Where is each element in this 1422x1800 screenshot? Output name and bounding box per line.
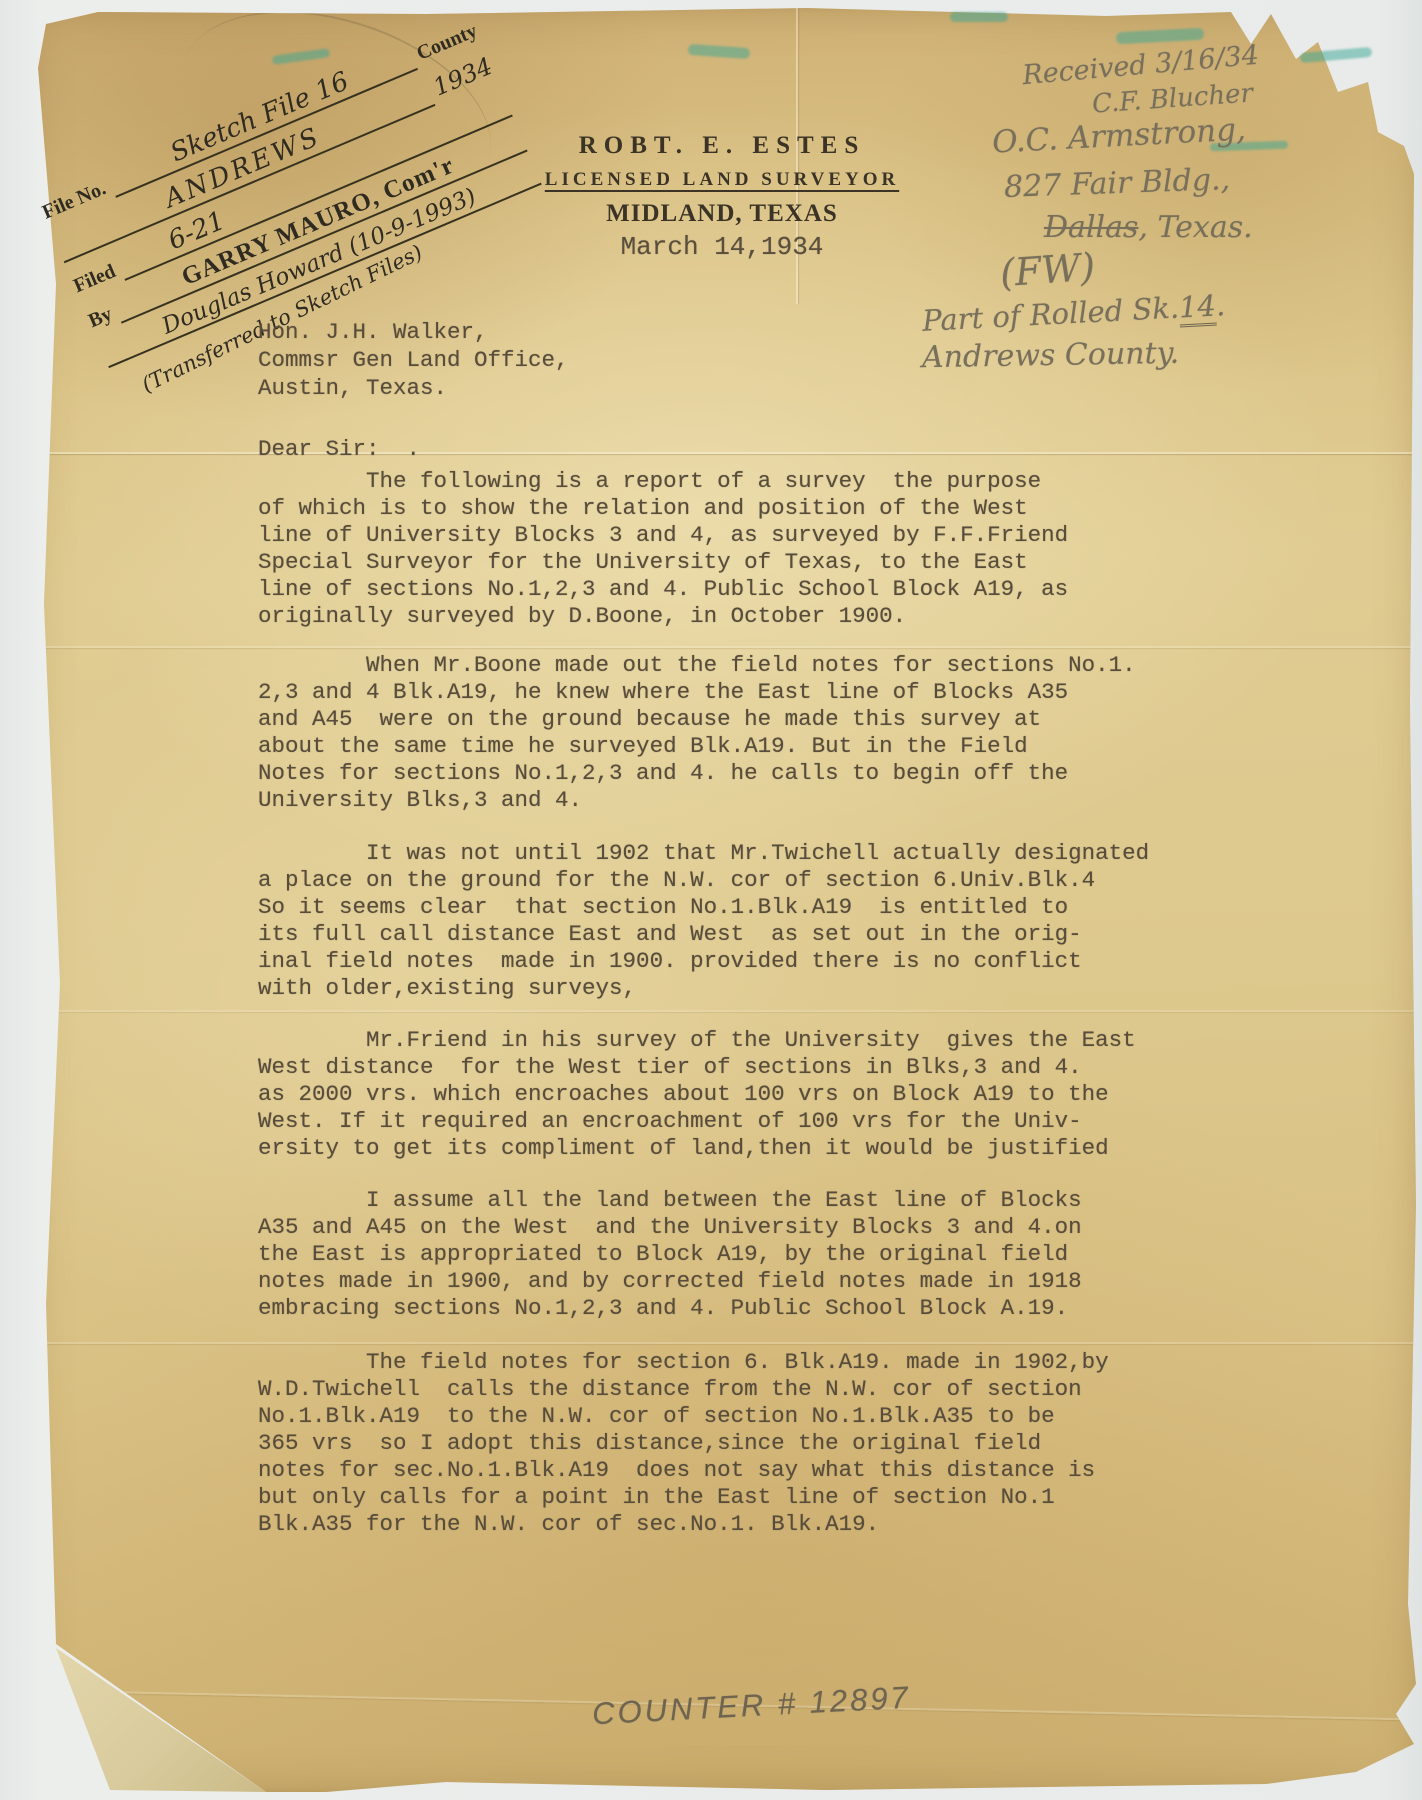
paper-crease <box>26 452 1422 454</box>
paragraph-4: Mr.Friend in his survey of the Universit… <box>258 1027 1136 1162</box>
armstrong-city: Dallas, Texas. <box>1044 210 1253 245</box>
paragraph-1: The following is a report of a survey th… <box>258 468 1068 630</box>
paper-crease <box>26 1342 1422 1344</box>
paper-crease <box>26 646 1422 648</box>
paragraph-2: When Mr.Boone made out the field notes f… <box>258 652 1136 814</box>
initials-note: (FW) <box>999 245 1097 296</box>
sketch-number: 14 <box>1178 289 1217 328</box>
andrews-county-note: Andrews County. <box>922 336 1180 375</box>
teal-mark <box>950 12 1008 22</box>
city-struck: Dallas <box>1044 210 1138 245</box>
letterhead: ROBT. E. ESTES LICENSED LAND SURVEYOR MI… <box>472 132 972 262</box>
recipient-line-3: Austin, Texas. <box>258 374 447 402</box>
letterhead-city: MIDLAND, TEXAS <box>472 200 972 228</box>
recipient-line-2: Commsr Gen Land Office, <box>258 346 569 374</box>
salutation: Dear Sir: . <box>258 436 420 463</box>
paragraph-5: I assume all the land between the East l… <box>258 1187 1082 1322</box>
paragraph-3: It was not until 1902 that Mr.Twichell a… <box>258 840 1149 1002</box>
recipient-line-1: Hon. J.H. Walker, <box>258 318 488 346</box>
letter-date: March 14,1934 <box>472 232 972 262</box>
letterhead-name: ROBT. E. ESTES <box>472 132 972 160</box>
letterhead-title: LICENSED LAND SURVEYOR <box>472 169 972 191</box>
note-dot: . <box>1215 288 1226 322</box>
paragraph-6: The field notes for section 6. Blk.A19. … <box>258 1349 1109 1538</box>
city-rest: , Texas. <box>1138 210 1252 245</box>
paper-crease <box>26 1010 1422 1012</box>
